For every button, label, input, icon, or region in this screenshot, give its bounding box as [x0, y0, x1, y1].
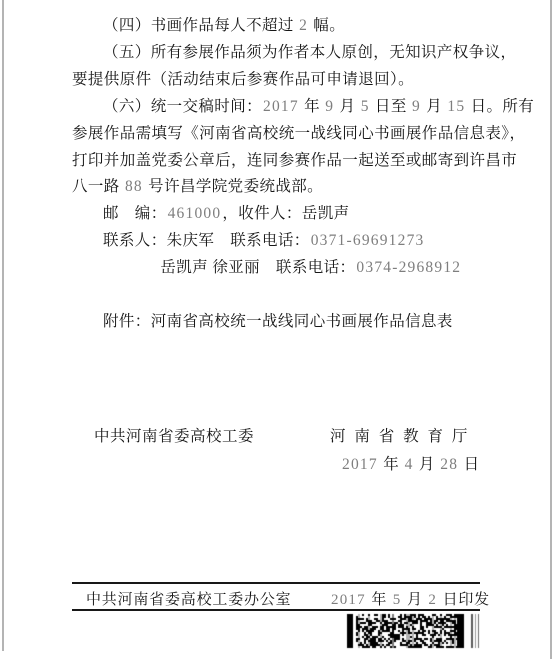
footer-issuing-office: 中共河南省委高校工委办公室	[86, 588, 291, 609]
footer-rule-top	[72, 582, 480, 584]
scan-edge-left	[2, 0, 4, 651]
text-line: （六）统一交稿时间：2017 年 9 月 5 日至 9 月 15 日。所有	[72, 94, 484, 121]
text-line: （四）书画作品每人不超过 2 幅。	[72, 13, 484, 40]
text-line: 打印并加盖党委公章后，连同参赛作品一起送至或邮寄到许昌市	[72, 148, 484, 175]
issuer-org-left: 中共河南省委高校工委	[94, 424, 254, 446]
document-body-text: （四）书画作品每人不超过 2 幅。（五）所有参展作品须为作者本人原创，无知识产权…	[72, 13, 484, 336]
text-line: 附件：河南省高校统一战线同心书画展作品信息表	[72, 309, 484, 336]
barcode-image	[345, 613, 485, 649]
text-line: 参展作品需填写《河南省高校统一战线同心书画展作品信息表》，	[72, 121, 484, 148]
footer-print-date: 2017 年 5 月 2 日印发	[330, 588, 490, 609]
text-line: 岳凯声 徐亚丽 联系电话：0374-2968912	[72, 255, 484, 282]
text-line: （五）所有参展作品须为作者本人原创，无知识产权争议，	[72, 40, 484, 67]
issuer-org-right: 河 南 省 教 育 厅	[330, 424, 470, 446]
footer-rule-bottom	[72, 609, 480, 611]
text-line	[72, 282, 484, 309]
scan-edge-right	[550, 0, 552, 659]
text-line: 八一路 88 号许昌学院党委统战部。	[72, 174, 484, 201]
text-line: 要提供原件（活动结束后参赛作品可申请退回）。	[72, 67, 484, 94]
issue-date: 2017 年 4 月 28 日	[341, 452, 480, 474]
text-line: 联系人：朱庆军 联系电话：0371-69691273	[72, 228, 484, 255]
text-line: 邮 编：461000，收件人：岳凯声	[72, 201, 484, 228]
scanned-document-page: { "document": { "lines": [ {"text": "（四）…	[0, 0, 554, 659]
